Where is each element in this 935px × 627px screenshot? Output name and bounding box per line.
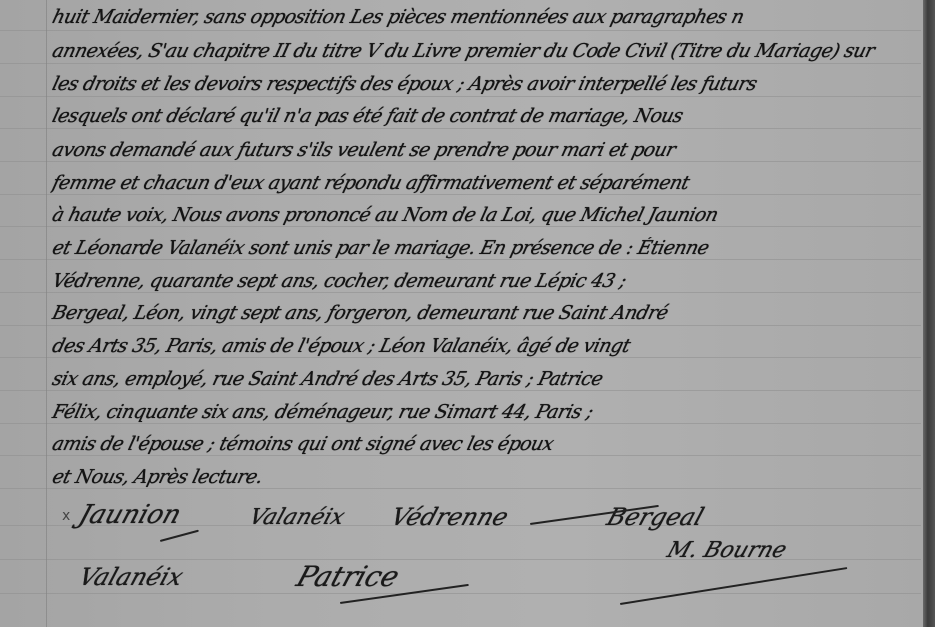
text-line-11: des Arts 35, Paris, amis de l'époux ; Lé…: [50, 335, 920, 357]
margin-line: [46, 0, 47, 627]
ruled-line: [0, 128, 921, 129]
ruled-line: [0, 96, 921, 97]
ruled-line: [0, 455, 921, 456]
ruled-line: [0, 161, 921, 162]
text-line-6: femme et chacun d'eux ayant répondu affi…: [50, 172, 920, 194]
ruled-line: [0, 63, 921, 64]
signature-patrice: Patrice: [293, 560, 404, 593]
ruled-line: [0, 259, 921, 260]
signature-vedrenne: Védrenne: [387, 503, 512, 531]
signature-bergeal: Bergeal: [603, 503, 707, 531]
text-line-3: les droits et les devoirs respectifs des…: [50, 73, 920, 95]
binding-edge: [923, 0, 935, 627]
ruled-line: [0, 226, 921, 227]
text-line-4: lesquels ont déclaré qu'il n'a pas été f…: [50, 105, 920, 127]
register-page: huit Maidernier, sans opposition Les piè…: [0, 0, 935, 627]
ruled-line: [0, 194, 921, 195]
text-line-1: huit Maidernier, sans opposition Les piè…: [50, 6, 920, 28]
text-line-14: amis de l'épouse ; témoins qui ont signé…: [50, 433, 920, 455]
signature-flourish: [620, 567, 847, 605]
text-line-2: annexées, S'au chapitre II du titre V du…: [50, 40, 920, 62]
text-line-9: Védrenne, quarante sept ans, cocher, dem…: [50, 270, 920, 292]
signature-jaunion: Jaunion: [75, 500, 185, 530]
ruled-line: [0, 357, 921, 358]
signature-valaneix-witness: Valanéix: [246, 505, 348, 530]
text-line-5: avons demandé aux futurs s'ils veulent s…: [50, 139, 920, 161]
ruled-line: [0, 488, 921, 489]
text-line-8: et Léonarde Valanéix sont unis par le ma…: [50, 237, 920, 259]
signature-valaneix-bride: Valanéix: [75, 563, 186, 591]
ruled-line: [0, 30, 921, 31]
margin-cross-mark: x: [62, 508, 70, 524]
text-line-7: à haute voix, Nous avons prononcé au Nom…: [50, 204, 920, 226]
ruled-line: [0, 423, 921, 424]
text-line-13: Félix, cinquante six ans, déménageur, ru…: [50, 401, 920, 423]
text-line-10: Bergeal, Léon, vingt sept ans, forgeron,…: [50, 302, 920, 324]
ruled-line: [0, 593, 921, 594]
text-line-15: et Nous, Après lecture.: [50, 466, 920, 488]
text-line-12: six ans, employé, rue Saint André des Ar…: [50, 368, 920, 390]
ruled-line: [0, 292, 921, 293]
signature-officer: M. Bourne: [664, 538, 790, 563]
ruled-line: [0, 325, 921, 326]
ruled-line: [0, 390, 921, 391]
signature-flourish: [160, 530, 199, 542]
